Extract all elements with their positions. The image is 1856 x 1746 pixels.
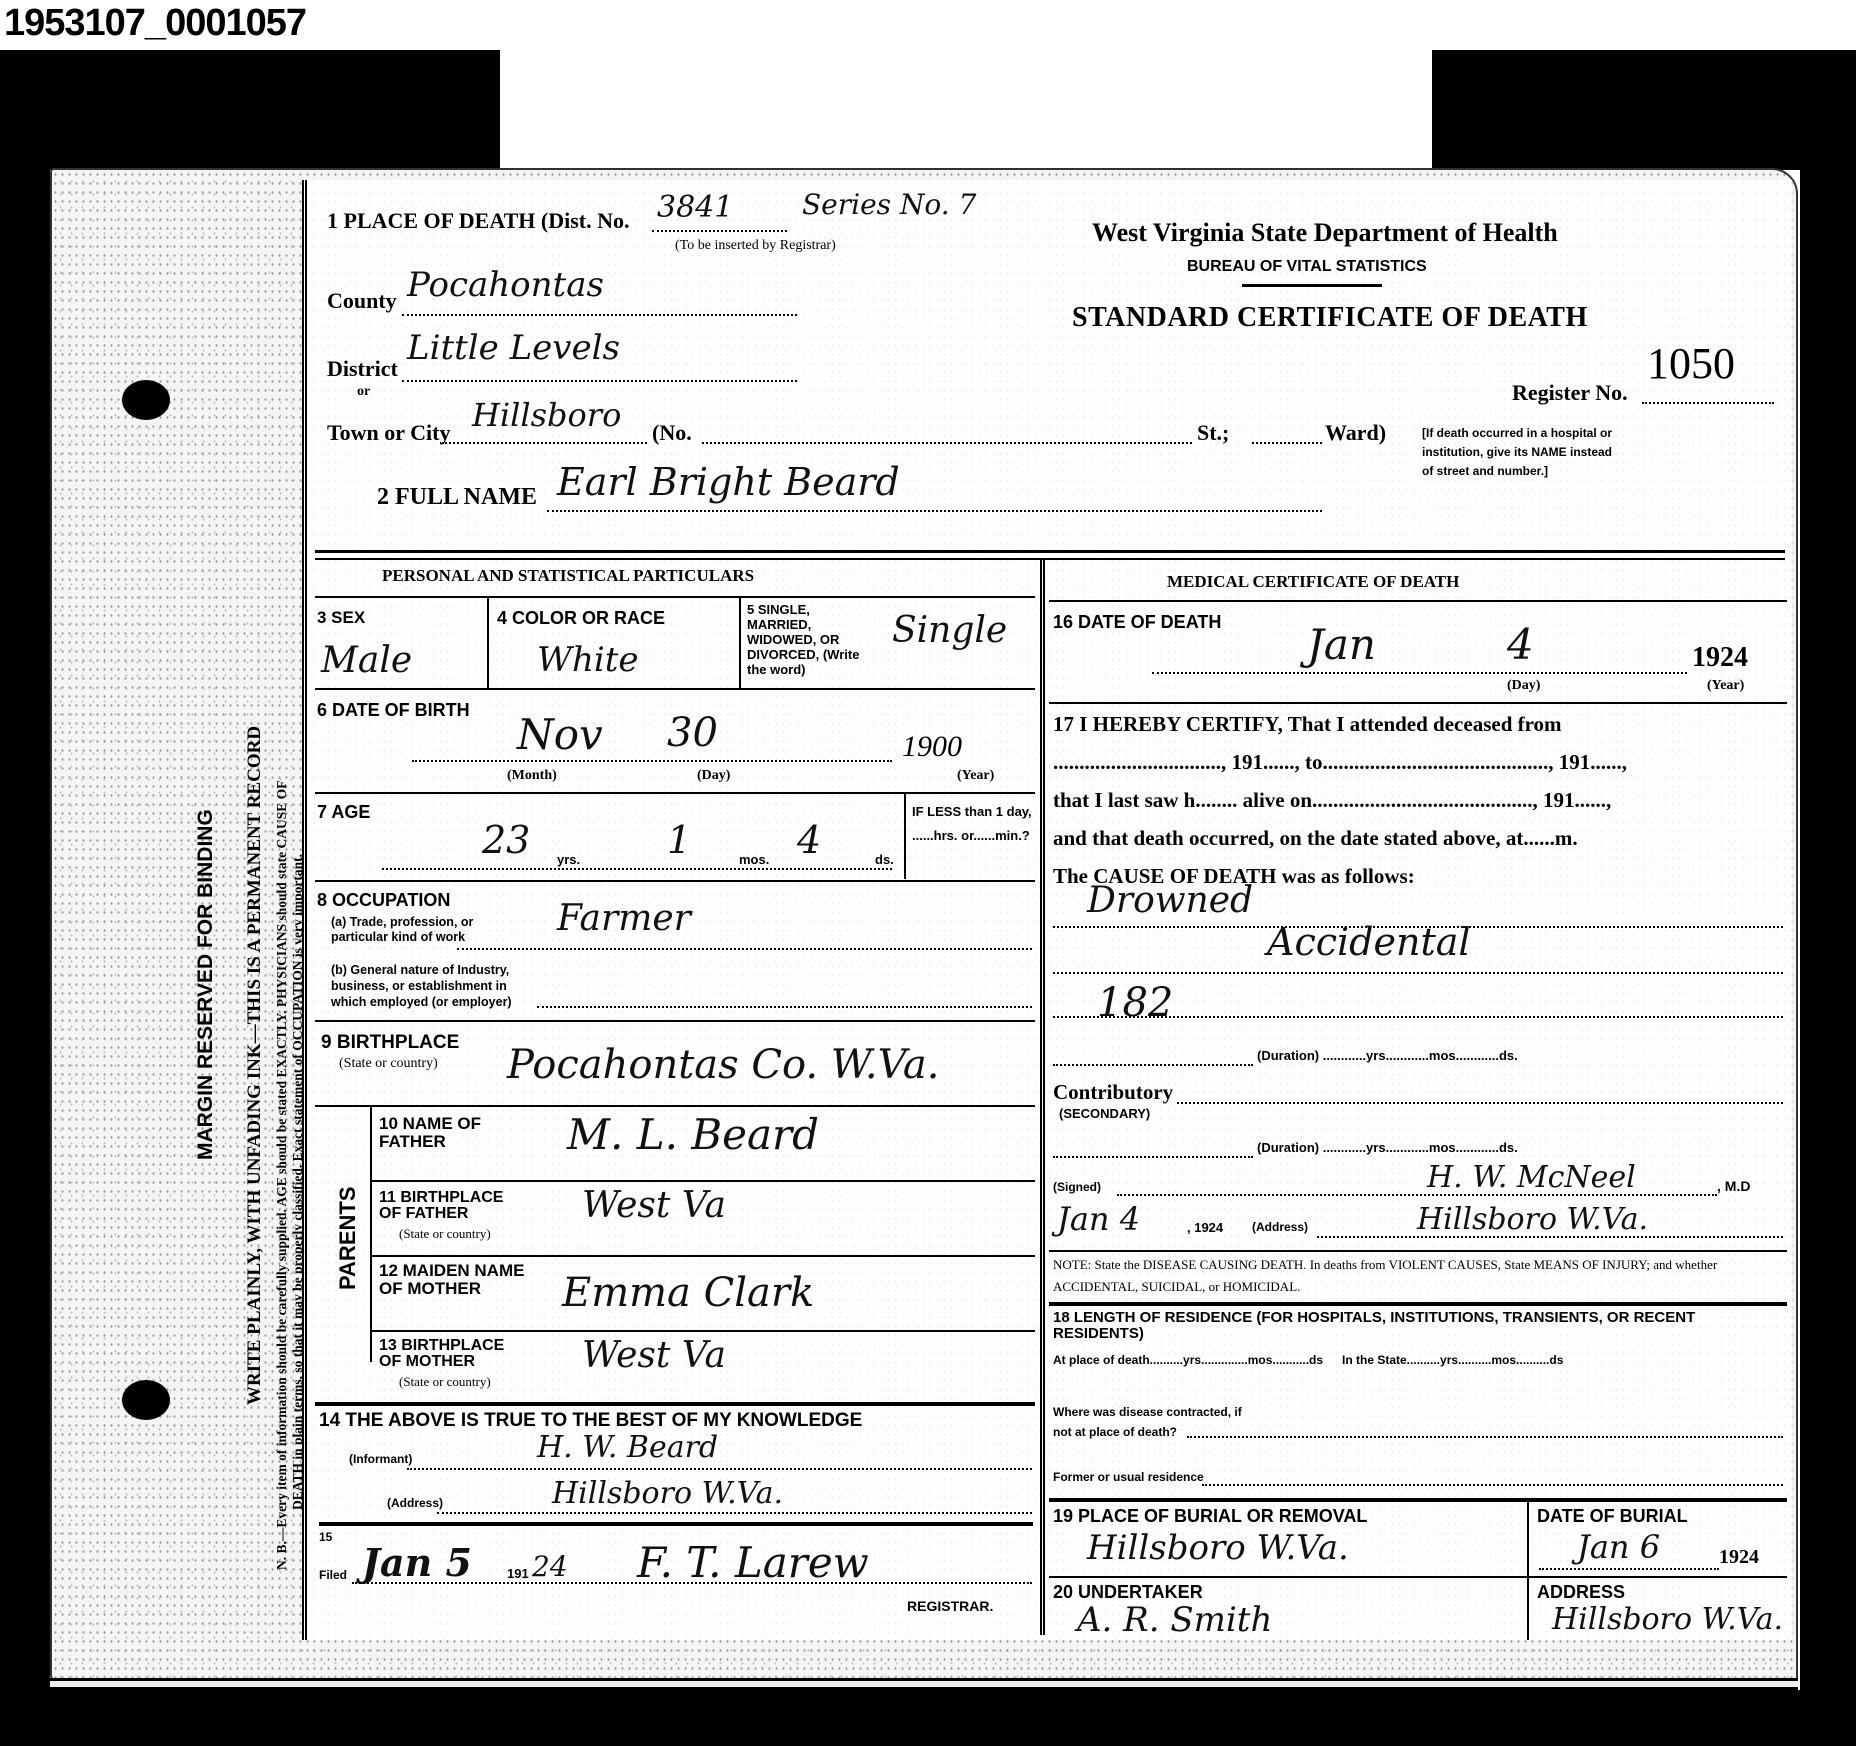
scan-border-bottom bbox=[0, 1690, 1856, 1746]
age-mos-caption: mos. bbox=[739, 852, 769, 867]
certify-line-2: ................................, 191...… bbox=[1053, 750, 1627, 775]
cause-secondary: Accidental bbox=[1267, 920, 1471, 964]
row-rule-2 bbox=[315, 792, 1035, 794]
district-label: District bbox=[327, 356, 398, 382]
duration-dots-2 bbox=[1053, 1156, 1253, 1158]
column-divider bbox=[1040, 560, 1045, 1635]
full-name-value: Earl Bright Beard bbox=[557, 460, 900, 504]
certify-line-4: and that death occurred, on the date sta… bbox=[1053, 826, 1578, 851]
row-rule-10 bbox=[319, 1522, 1033, 1526]
county-value: Pocahontas bbox=[407, 265, 604, 305]
dob-line bbox=[412, 760, 892, 762]
age-months: 1 bbox=[667, 818, 691, 862]
certificate-title: STANDARD CERTIFICATE OF DEATH bbox=[1072, 302, 1588, 334]
nb-instructions-line1: N. B.—Every item of information should b… bbox=[274, 781, 290, 1570]
punch-hole-top bbox=[122, 380, 170, 420]
undertaker-address: Hillsboro W.Va. bbox=[1552, 1602, 1783, 1637]
town-label: Town or City bbox=[327, 420, 450, 446]
medical-section-title: MEDICAL CERTIFICATE OF DEATH bbox=[1167, 572, 1459, 592]
dod-label: 16 DATE OF DEATH bbox=[1053, 612, 1221, 633]
district-line bbox=[402, 380, 797, 382]
paper-bottom-edge bbox=[50, 1678, 1798, 1690]
residence-label: 18 LENGTH OF RESIDENCE (FOR HOSPITALS, I… bbox=[1053, 1310, 1788, 1342]
medical-rule-2 bbox=[1049, 1250, 1787, 1252]
dod-month: Jan bbox=[1307, 620, 1376, 669]
sex-label: 3 SEX bbox=[317, 608, 365, 628]
occupation-value: Farmer bbox=[557, 898, 691, 939]
dod-year-caption: (Year) bbox=[1707, 678, 1744, 694]
occupation-b-label: (b) General nature of Industry, business… bbox=[331, 962, 536, 1010]
dob-month-caption: (Month) bbox=[507, 768, 557, 784]
cause-note: NOTE: State the DISEASE CAUSING DEATH. I… bbox=[1053, 1254, 1783, 1298]
dob-year: 1900 bbox=[902, 730, 962, 764]
certify-line-1: 17 I HEREBY CERTIFY, That I attended dec… bbox=[1053, 712, 1562, 737]
former-residence-line bbox=[1202, 1484, 1783, 1486]
row-rule-4 bbox=[315, 1020, 1035, 1022]
duration-dots-1 bbox=[1053, 1064, 1253, 1066]
signed-label: (Signed) bbox=[1053, 1180, 1101, 1194]
street-no-label: (No. bbox=[652, 420, 692, 446]
scan-border-right bbox=[1800, 170, 1856, 1746]
cause-line-3 bbox=[1053, 1016, 1783, 1018]
physician-address: Hillsboro W.Va. bbox=[1417, 1202, 1648, 1237]
informant-address-value: Hillsboro W.Va. bbox=[552, 1476, 783, 1511]
medical-rule-3 bbox=[1049, 1302, 1787, 1306]
burial-date: Jan 6 bbox=[1577, 1528, 1660, 1566]
certificate-paper: MARGIN RESERVED FOR BINDING WRITE PLAINL… bbox=[50, 168, 1798, 1683]
bureau-title: BUREAU OF VITAL STATISTICS bbox=[1187, 258, 1427, 276]
burial-date-label: DATE OF BURIAL bbox=[1537, 1506, 1688, 1527]
header-divider bbox=[315, 550, 1785, 553]
medical-rule-4 bbox=[1049, 1498, 1787, 1502]
medical-rule-1 bbox=[1049, 702, 1787, 704]
dob-year-caption: (Year) bbox=[957, 768, 994, 784]
registrar-signature: F. T. Larew bbox=[637, 1538, 869, 1587]
occupation-label: 8 OCCUPATION bbox=[317, 890, 450, 911]
contributory-label: Contributory bbox=[1053, 1080, 1173, 1105]
row-rule-1 bbox=[315, 688, 1035, 690]
filed-date: Jan 5 bbox=[362, 1540, 472, 1585]
registrar-label: REGISTRAR. bbox=[907, 1598, 993, 1614]
filed-year-prefix: 191 bbox=[507, 1566, 529, 1581]
burial-place: Hillsboro W.Va. bbox=[1087, 1528, 1349, 1568]
row-rule-9 bbox=[315, 1402, 1035, 1406]
age-label: 7 AGE bbox=[317, 802, 370, 823]
cause-line-2 bbox=[1053, 972, 1783, 974]
full-name-label: 2 FULL NAME bbox=[377, 484, 537, 511]
informant-address-line bbox=[437, 1512, 1032, 1514]
occupation-line bbox=[457, 948, 1032, 950]
burial-date-line bbox=[1539, 1568, 1719, 1570]
age-years: 23 bbox=[482, 818, 530, 862]
binding-margin: MARGIN RESERVED FOR BINDING WRITE PLAINL… bbox=[52, 170, 302, 1681]
father-birthplace-value: West Va bbox=[582, 1185, 726, 1226]
where-contracted-line bbox=[1187, 1436, 1783, 1438]
certificate-form: 1 PLACE OF DEATH (Dist. No. 3841 Series … bbox=[302, 180, 1792, 1640]
medical-title-rule bbox=[1049, 600, 1787, 602]
ward-label: Ward) bbox=[1325, 420, 1386, 446]
dist-no-value: 3841 bbox=[657, 190, 733, 225]
parents-divider bbox=[370, 1107, 372, 1362]
register-no-label: Register No. bbox=[1512, 380, 1628, 406]
duration-line-1: (Duration) ............yrs............mo… bbox=[1257, 1048, 1518, 1063]
county-line bbox=[402, 314, 797, 316]
mother-value: Emma Clark bbox=[562, 1270, 814, 1316]
residence-in-state: In the State..........yrs..........mos..… bbox=[1342, 1348, 1787, 1372]
marital-value: Single bbox=[892, 610, 1007, 651]
medical-rule-5 bbox=[1049, 1576, 1787, 1578]
row-rule-5 bbox=[315, 1105, 1035, 1107]
cause-primary: Drowned bbox=[1087, 880, 1253, 921]
title-rule bbox=[1242, 284, 1382, 287]
age-divider bbox=[904, 794, 906, 879]
race-divider bbox=[739, 598, 741, 688]
town-value: Hillsboro bbox=[472, 396, 621, 434]
signed-date: Jan 4 bbox=[1057, 1200, 1140, 1238]
father-value: M. L. Beard bbox=[567, 1110, 819, 1159]
physician-signature: H. W. McNeel bbox=[1427, 1160, 1636, 1195]
informant-value: H. W. Beard bbox=[537, 1430, 718, 1465]
father-birthplace-label: 11 BIRTHPLACE OF FATHER bbox=[379, 1190, 509, 1222]
register-no-line bbox=[1642, 402, 1774, 404]
county-label: County bbox=[327, 288, 397, 314]
filed-label: Filed bbox=[319, 1568, 347, 1582]
dod-line bbox=[1152, 672, 1687, 674]
mother-label: 12 MAIDEN NAME OF MOTHER bbox=[379, 1262, 529, 1298]
binding-margin-text: MARGIN RESERVED FOR BINDING bbox=[194, 809, 218, 1160]
row-rule-7 bbox=[370, 1255, 1035, 1257]
register-no-value: 1050 bbox=[1647, 338, 1735, 389]
physician-address-line bbox=[1317, 1236, 1783, 1238]
hospital-note: [If death occurred in a hospital or inst… bbox=[1422, 424, 1617, 481]
residence-at-place: At place of death..........yrs..........… bbox=[1053, 1348, 1373, 1372]
dist-no-line bbox=[652, 230, 787, 232]
row-rule-3 bbox=[315, 880, 1035, 882]
dob-label: 6 DATE OF BIRTH bbox=[317, 700, 470, 721]
birthplace-label: 9 BIRTHPLACE bbox=[321, 1032, 459, 1054]
dob-month: Nov bbox=[517, 710, 603, 759]
punch-hole-bottom bbox=[122, 1380, 170, 1420]
st-label: St.; bbox=[1197, 420, 1229, 446]
place-of-death-label: 1 PLACE OF DEATH (Dist. No. bbox=[327, 208, 630, 234]
father-birthplace-caption: (State or country) bbox=[399, 1226, 491, 1242]
occupation-a-label: (a) Trade, profession, or particular kin… bbox=[331, 915, 521, 945]
race-label: 4 COLOR OR RACE bbox=[497, 608, 665, 629]
sex-value: Male bbox=[321, 640, 412, 681]
full-name-line bbox=[547, 510, 1322, 512]
former-residence-label: Former or usual residence bbox=[1053, 1470, 1204, 1484]
true-statement-label: 14 THE ABOVE IS TRUE TO THE BEST OF MY K… bbox=[319, 1410, 862, 1432]
dob-day: 30 bbox=[667, 710, 718, 756]
marital-label: 5 SINGLE, MARRIED, WIDOWED, OR DIVORCED,… bbox=[747, 602, 877, 677]
less-than-note: IF LESS than 1 day, ......hrs. or......m… bbox=[912, 800, 1032, 848]
burial-label: 19 PLACE OF BURIAL OR REMOVAL bbox=[1053, 1506, 1367, 1527]
personal-section-title: PERSONAL AND STATISTICAL PARTICULARS bbox=[382, 566, 754, 586]
industry-line bbox=[537, 1006, 1032, 1008]
to-be-inserted-note: (To be inserted by Registrar) bbox=[675, 238, 836, 254]
race-value: White bbox=[537, 640, 639, 680]
burial-year: 1924 bbox=[1719, 1546, 1759, 1569]
sex-divider bbox=[487, 598, 489, 688]
contributory-line bbox=[1177, 1102, 1783, 1104]
dod-day-caption: (Day) bbox=[1507, 678, 1540, 694]
informant-label: (Informant) bbox=[349, 1452, 412, 1466]
town-line bbox=[442, 442, 647, 444]
district-value: Little Levels bbox=[407, 328, 620, 368]
md-label: , M.D bbox=[1717, 1178, 1750, 1194]
or-label: or bbox=[357, 384, 370, 400]
document-id: 1953107_0001057 bbox=[4, 2, 306, 45]
informant-address-label: (Address) bbox=[387, 1496, 443, 1510]
mother-birthplace-label: 13 BIRTHPLACE OF MOTHER bbox=[379, 1338, 514, 1370]
age-ds-caption: ds. bbox=[875, 852, 894, 867]
cause-code: 182 bbox=[1097, 980, 1173, 1026]
write-plainly-text: WRITE PLAINLY, WITH UNFADING INK—THIS IS… bbox=[244, 726, 266, 1405]
mother-birthplace-value: West Va bbox=[582, 1335, 726, 1376]
age-yrs-caption: yrs. bbox=[557, 852, 580, 867]
scan-border-top-right bbox=[1432, 50, 1856, 170]
personal-title-rule bbox=[315, 596, 1035, 598]
mother-birthplace-caption: (State or country) bbox=[399, 1374, 491, 1390]
row-rule-8 bbox=[370, 1330, 1035, 1332]
row-rule-6 bbox=[370, 1180, 1035, 1182]
age-days: 4 bbox=[797, 818, 821, 862]
birthplace-value: Pocahontas Co. W.Va. bbox=[507, 1042, 939, 1088]
dod-day: 4 bbox=[1507, 620, 1534, 669]
signed-year: , 1924 bbox=[1187, 1220, 1223, 1235]
certify-line-3: that I last saw h........ alive on......… bbox=[1053, 788, 1611, 813]
undertaker-address-label: ADDRESS bbox=[1537, 1582, 1625, 1603]
dob-day-caption: (Day) bbox=[697, 768, 730, 784]
age-line bbox=[382, 868, 892, 870]
duration-line-2: (Duration) ............yrs............mo… bbox=[1257, 1140, 1518, 1155]
department-title: West Virginia State Department of Health bbox=[1092, 218, 1558, 248]
dist-annotation: Series No. 7 bbox=[802, 188, 976, 221]
filed-year: 24 bbox=[532, 1550, 568, 1583]
undertaker-value: A. R. Smith bbox=[1077, 1600, 1272, 1640]
filed-number: 15 bbox=[319, 1530, 332, 1544]
physician-address-label: (Address) bbox=[1252, 1220, 1308, 1234]
ward-line bbox=[1252, 442, 1322, 444]
scan-border-top-left bbox=[0, 50, 500, 170]
burial-divider bbox=[1527, 1500, 1529, 1640]
street-line bbox=[702, 442, 1192, 444]
parents-label: PARENTS bbox=[335, 1187, 361, 1291]
secondary-label: (SECONDARY) bbox=[1059, 1106, 1150, 1121]
birthplace-caption: (State or country) bbox=[339, 1056, 438, 1072]
father-label: 10 NAME OF FATHER bbox=[379, 1115, 499, 1151]
scan-border-left bbox=[0, 170, 50, 1746]
header-divider-2 bbox=[315, 558, 1785, 560]
dod-year: 1924 bbox=[1692, 642, 1748, 674]
informant-line bbox=[407, 1468, 1032, 1470]
